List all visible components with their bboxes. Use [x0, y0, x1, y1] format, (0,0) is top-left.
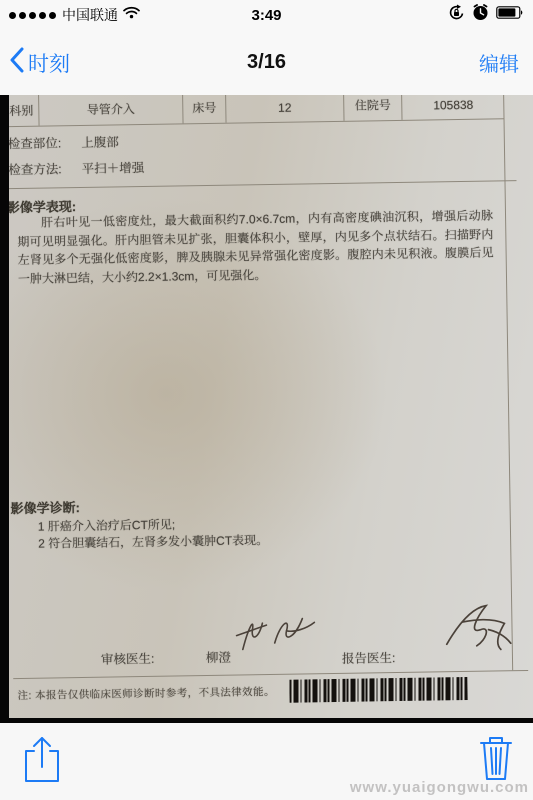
page-counter-title: 3/16 — [0, 51, 533, 74]
watermark-text: www.yuaigongwu.com — [350, 779, 529, 796]
status-bar: 中国联通 3:49 — [0, 0, 533, 30]
table-cell-value: 12 — [226, 95, 345, 123]
reviewer-name: 柳澄 — [206, 648, 231, 666]
disclaimer-note: 注: 本报告仅供临床医师诊断时参考，不具法律效能。 — [17, 684, 275, 703]
share-icon — [21, 772, 63, 789]
reviewer-label: 审核医生: — [101, 649, 155, 668]
diagnosis-item: 1 肝癌介入治疗后CT所见; — [38, 516, 176, 535]
photo-viewer[interactable]: 科别 导管介入 床号 12 住院号 105838 检查部位: 上腹部 检查方法:… — [0, 95, 533, 723]
wifi-icon — [123, 6, 140, 24]
exam-site-row: 检查部位: 上腹部 — [9, 132, 119, 152]
reporter-signature — [428, 599, 517, 663]
exam-method-label: 检查方法: — [9, 159, 62, 178]
findings-text: 肝右叶见一低密度灶，最大截面积约7.0×6.7cm，内有高密度碘油沉积，增强后动… — [17, 206, 494, 287]
photos-app-screen: 中国联通 3:49 — [0, 0, 533, 800]
exam-method-row: 检查方法: 平扫＋增强 — [9, 158, 144, 178]
alarm-icon — [472, 4, 489, 26]
table-cell-value: 导管介入 — [39, 95, 184, 126]
table-cell-label: 住院号 — [344, 95, 403, 121]
diagnosis-item: 2 符合胆囊结石，左肾多发小囊肿CT表现。 — [38, 531, 268, 552]
nav-bar: 时刻 3/16 编辑 — [0, 30, 533, 95]
report-paper: 科别 导管介入 床号 12 住院号 105838 检查部位: 上腹部 检查方法:… — [9, 95, 533, 718]
battery-icon — [496, 6, 524, 24]
table-cell-label: 科别 — [9, 95, 40, 126]
table-cell-label: 床号 — [183, 95, 227, 123]
reviewer-signature — [228, 608, 319, 664]
exam-site-value: 上腹部 — [81, 132, 119, 151]
barcode — [289, 677, 467, 703]
chevron-left-icon — [10, 47, 24, 78]
section-divider — [9, 180, 516, 189]
carrier-label: 中国联通 — [62, 5, 118, 25]
back-button-label: 时刻 — [28, 48, 70, 78]
patient-info-table: 科别 导管介入 床号 12 住院号 105838 — [9, 95, 505, 127]
rotation-lock-icon — [448, 4, 465, 26]
edit-button[interactable]: 编辑 — [465, 38, 533, 87]
share-button[interactable] — [21, 735, 63, 790]
signal-strength-icon — [9, 12, 56, 19]
reporter-label: 报告医生: — [342, 648, 396, 667]
exam-site-label: 检查部位: — [9, 133, 61, 152]
table-cell-value: 105838 — [402, 95, 505, 120]
diagnosis-heading: 影像学诊断: — [10, 497, 80, 517]
back-button[interactable]: 时刻 — [0, 37, 78, 88]
exam-method-value: 平扫＋增强 — [82, 158, 145, 177]
